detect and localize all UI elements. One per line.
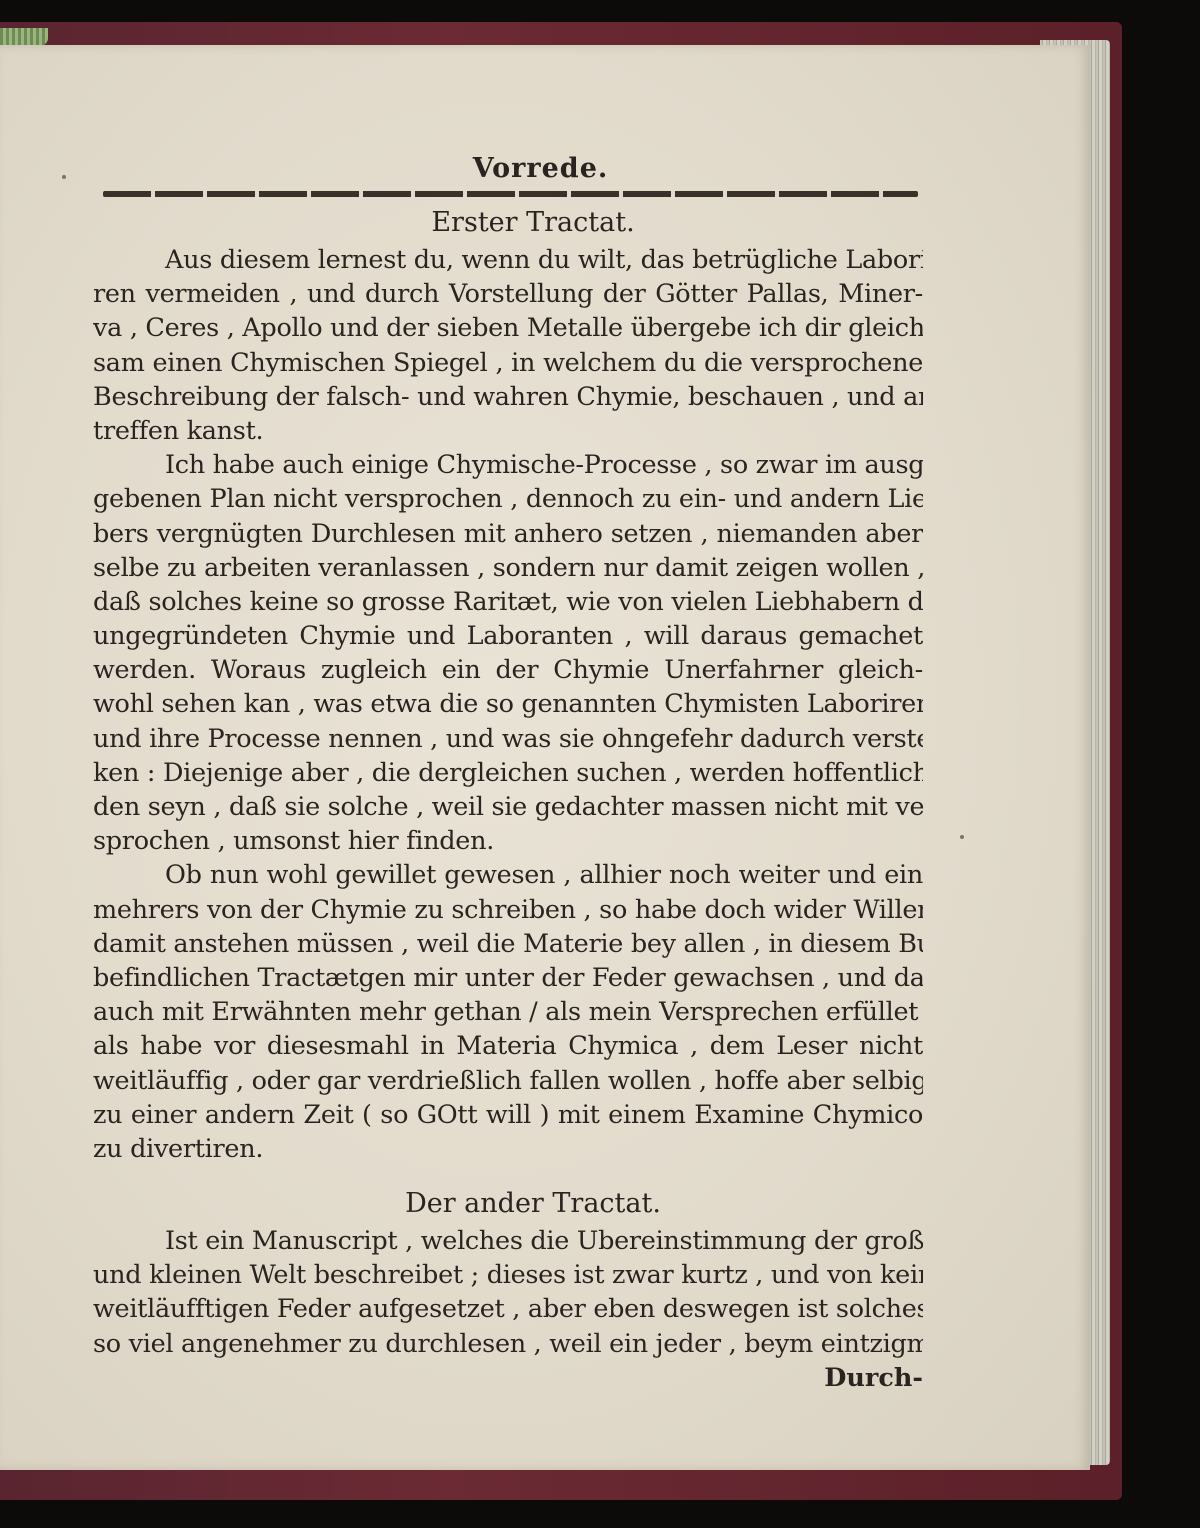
paper-speck: [960, 835, 964, 839]
text-line: bers vergnügten Durchlesen mit anhero se…: [93, 517, 923, 551]
text-line: Beschreibung der falsch- und wahren Chym…: [93, 380, 923, 414]
text-line: mehrers von der Chymie zu schreiben , so…: [93, 893, 923, 927]
text-line: ken : Diejenige aber , die dergleichen s…: [93, 756, 923, 790]
text-line: Ich habe auch einige Chymische-Processe …: [93, 448, 923, 482]
text-line: befindlichen Tractætgen mir unter der Fe…: [93, 961, 923, 995]
text-line: und kleinen Welt beschreibet ; dieses is…: [93, 1258, 923, 1292]
paragraph: Ob nun wohl gewillet gewesen , allhier n…: [93, 858, 933, 1166]
text-line: ren vermeiden , und durch Vorstellung de…: [93, 277, 923, 311]
paragraph: Aus diesem lernest du, wenn du wilt, das…: [93, 243, 933, 448]
text-line: zu einer andern Zeit ( so GOtt will ) mi…: [93, 1098, 923, 1132]
header-rule: [103, 191, 918, 197]
text-line: Ob nun wohl gewillet gewesen , allhier n…: [93, 858, 923, 892]
paper-speck: [62, 175, 66, 179]
text-line: weitläufftigen Feder aufgesetzet , aber …: [93, 1292, 923, 1326]
text-line: den seyn , daß sie solche , weil sie ged…: [93, 790, 923, 824]
text-line: sprochen , umsonst hier finden.: [93, 824, 923, 858]
text-line: auch mit Erwähnten mehr gethan / als mei…: [93, 995, 923, 1029]
text-line: so viel angenehmer zu durchlesen , weil …: [93, 1327, 923, 1361]
text-line: als habe vor diesesmahl in Materia Chymi…: [93, 1029, 923, 1063]
text-line: weitläuffig , oder gar verdrießlich fall…: [93, 1064, 923, 1098]
section-title: Erster Tractat.: [133, 205, 933, 241]
text-line: sam einen Chymischen Spiegel , in welche…: [93, 346, 923, 380]
text-line: damit anstehen müssen , weil die Materie…: [93, 927, 923, 961]
section-spacer: [93, 1166, 933, 1186]
catchword: Durch-: [93, 1361, 923, 1395]
text-line: Ist ein Manuscript , welches die Uberein…: [93, 1224, 923, 1258]
book-page: Vorrede. Erster Tractat. Aus diesem lern…: [0, 45, 1090, 1470]
text-line: zu divertiren.: [93, 1132, 923, 1166]
text-line: daß solches keine so grosse Raritæt, wie…: [93, 585, 923, 619]
text-line: ungegründeten Chymie und Laboranten , wi…: [93, 619, 923, 653]
text-line: va , Ceres , Apollo und der sieben Metal…: [93, 311, 923, 345]
paragraph: Ich habe auch einige Chymische-Processe …: [93, 448, 933, 858]
text-line: selbe zu arbeiten veranlassen , sondern …: [93, 551, 923, 585]
section-title: Der ander Tractat.: [133, 1186, 933, 1222]
headband: [0, 28, 48, 46]
running-head: Vorrede.: [148, 153, 933, 185]
text-line: treffen kanst.: [93, 414, 923, 448]
text-line: werden. Woraus zugleich ein der Chymie U…: [93, 653, 923, 687]
text-line: Aus diesem lernest du, wenn du wilt, das…: [93, 243, 923, 277]
text-line: gebenen Plan nicht versprochen , dennoch…: [93, 482, 923, 516]
text-line: wohl sehen kan , was etwa die so genannt…: [93, 687, 923, 721]
text-block: Vorrede. Erster Tractat. Aus diesem lern…: [93, 153, 933, 1395]
text-line: und ihre Processe nennen , und was sie o…: [93, 722, 923, 756]
paragraph: Ist ein Manuscript , welches die Uberein…: [93, 1224, 933, 1361]
